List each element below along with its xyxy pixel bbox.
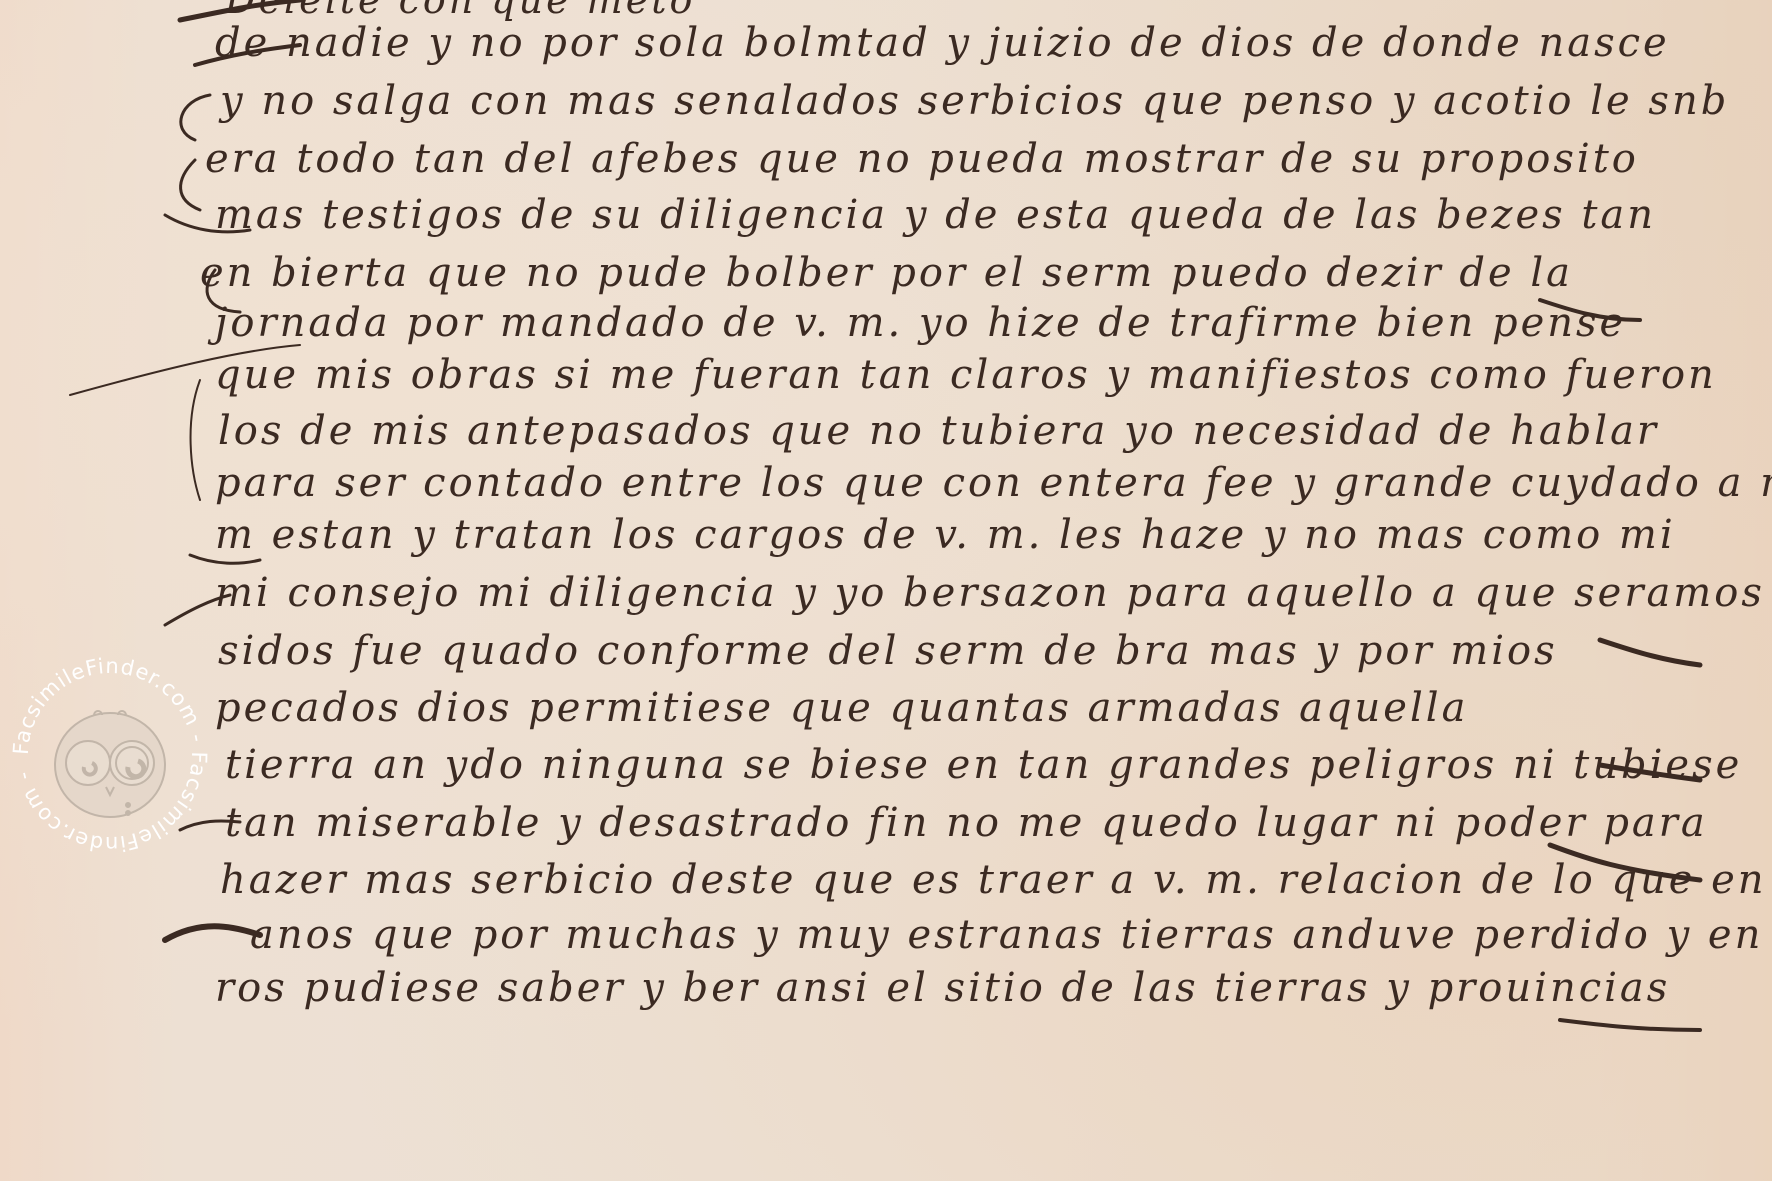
manuscript-line: hazer mas serbicio deste que es traer a … [220, 857, 1772, 903]
manuscript-line: mas testigos de su diligencia y de esta … [215, 192, 1656, 238]
manuscript-line: de nadie y no por sola bolmtad y juizio … [215, 20, 1670, 66]
manuscript-line: pecados dios permitiese que quantas arma… [215, 685, 1468, 731]
manuscript-line: ros pudiese saber y ber ansi el sitio de… [215, 965, 1670, 1011]
facsimilefinder-watermark: FacsimileFinder.com - FacsimileFinder.co… [10, 655, 210, 855]
manuscript-line: para ser contado entre los que con enter… [215, 460, 1772, 506]
manuscript-line: Deleite con que meto [225, 0, 695, 22]
watermark-svg: FacsimileFinder.com - FacsimileFinder.co… [10, 655, 210, 855]
manuscript-line: en bierta que no pude bolber por el serm… [200, 250, 1573, 296]
manuscript-line: tierra an ydo ninguna se biese en tan gr… [225, 742, 1742, 788]
manuscript-line: tan miserable y desastrado fin no me que… [225, 800, 1708, 846]
manuscript-line: que mis obras si me fueran tan claros y … [215, 352, 1717, 398]
manuscript-line: jornada por mandado de v. m. yo hize de … [215, 300, 1626, 346]
manuscript-line: los de mis antepasados que no tubiera yo… [218, 408, 1659, 454]
manuscript-line: era todo tan del afebes que no pueda mos… [205, 136, 1639, 182]
manuscript-line: sidos fue quado conforme del serm de bra… [218, 628, 1558, 674]
manuscript-line: anos que por muchas y muy estranas tierr… [250, 912, 1772, 958]
owl-logo-icon [55, 711, 165, 817]
manuscript-line: mi consejo mi diligencia y yo bersazon p… [215, 570, 1765, 616]
manuscript-line: y no salga con mas senalados serbicios q… [220, 78, 1729, 124]
manuscript-line: m estan y tratan los cargos de v. m. les… [215, 512, 1676, 558]
manuscript-page: Deleite con que meto de nadie y no por s… [0, 0, 1772, 1181]
